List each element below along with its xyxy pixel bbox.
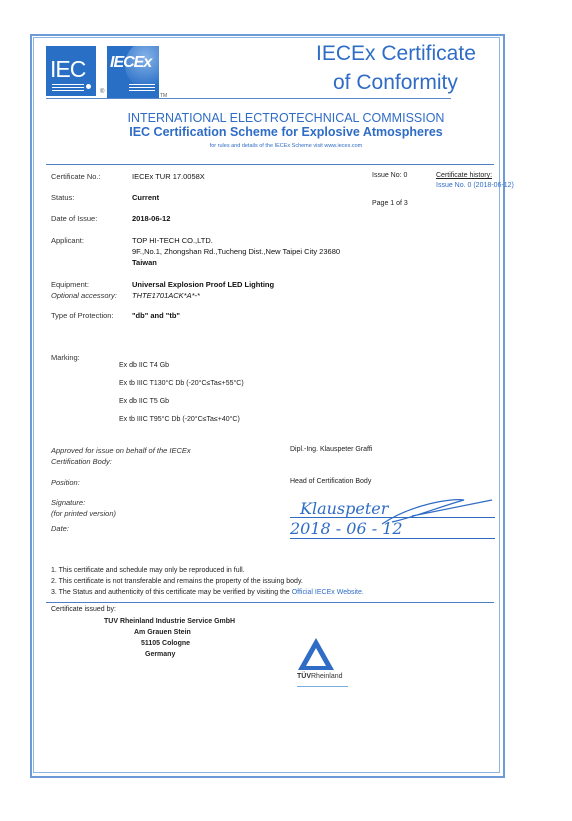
date-of-issue: 2018-06-12 — [132, 214, 170, 223]
optional-accessory-label: Optional accessory: — [51, 291, 117, 300]
certificate-number: IECEx TUR 17.0058X — [132, 172, 205, 181]
organization-name: INTERNATIONAL ELECTROTECHNICAL COMMISSIO… — [0, 111, 572, 125]
tuv-underline — [297, 686, 348, 687]
applicant-address: 9F.,No.1, Zhongshan Rd.,Tucheng Dist.,Ne… — [132, 247, 340, 256]
iec-logo-line — [52, 90, 84, 91]
certificate-title: IECEx Certificate — [316, 42, 476, 66]
equipment-value: Universal Explosion Proof LED Lighting — [132, 280, 274, 289]
marking-item: Ex db IIC T4 Gb — [119, 362, 169, 369]
issue-number: Issue No: 0 — [372, 172, 407, 179]
marking-item: Ex tb IIIC T130°C Db (-20°C≤Ta≤+55°C) — [119, 380, 244, 387]
issued-by-label: Certificate issued by: — [51, 606, 116, 613]
applicant-label: Applicant: — [51, 236, 84, 245]
page-indicator: Page 1 of 3 — [372, 200, 408, 207]
note-1: 1. This certificate and schedule may onl… — [51, 567, 245, 574]
scheme-info: for rules and details of the IECEx Schem… — [0, 143, 572, 149]
equipment-label: Equipment: — [51, 280, 89, 289]
iecex-logo-line — [129, 90, 155, 91]
iecex-logo: IECEx — [107, 46, 159, 98]
certificate-history-label: Certificate history: — [436, 172, 492, 179]
status-value: Current — [132, 193, 159, 202]
iec-logo-line — [52, 84, 84, 85]
issuer-city: 51105 Cologne — [141, 640, 190, 647]
position-value: Head of Certification Body — [290, 478, 371, 485]
certificate-title-line2: of Conformity — [333, 71, 458, 95]
iec-logo-text: IEC — [50, 56, 85, 83]
signature-sublabel: (for printed version) — [51, 509, 116, 518]
note-3: 3. The Status and authenticity of this c… — [51, 589, 364, 596]
approved-label: Approved for issue on behalf of the IECE… — [51, 446, 191, 455]
approved-label-2: Certification Body: — [51, 457, 112, 466]
approver-name: Dipl.-Ing. Klauspeter Graffi — [290, 446, 372, 453]
official-iecex-website-link[interactable]: Official IECEx Website. — [292, 589, 364, 596]
iecex-logo-line — [129, 87, 155, 88]
signature-label: Signature: — [51, 498, 85, 507]
iec-logo: IEC — [46, 46, 96, 96]
signature-line — [290, 517, 495, 518]
iecex-logo-text: IECEx — [110, 54, 151, 72]
date-of-issue-label: Date of Issue: — [51, 214, 97, 223]
iecex-logo-line — [129, 84, 155, 85]
date-line — [290, 538, 495, 539]
marking-item: Ex db IIC T5 Gb — [119, 398, 169, 405]
issuer-name: TUV Rheinland Industrie Service GmbH — [104, 618, 235, 625]
optional-accessory-value: THTE1701ACK*A*-* — [132, 291, 200, 300]
note-2: 2. This certificate is not transferable … — [51, 578, 303, 585]
divider — [46, 98, 451, 99]
iec-logo-dot — [86, 84, 91, 89]
applicant-name: TOP HI-TECH CO.,LTD. — [132, 236, 213, 245]
type-of-protection-value: "db" and "tb" — [132, 311, 180, 320]
issuer-country: Germany — [145, 651, 175, 658]
certificate-number-label: Certificate No.: — [51, 172, 101, 181]
registered-mark: ® — [100, 89, 104, 95]
divider — [46, 164, 494, 165]
tuv-rheinland-wordmark: TÜVRheinland — [297, 673, 343, 680]
note-3-text: 3. The Status and authenticity of this c… — [51, 589, 292, 596]
issuer-street: Am Grauen Stein — [134, 629, 191, 636]
status-label: Status: — [51, 193, 74, 202]
type-of-protection-label: Type of Protection: — [51, 311, 114, 320]
applicant-country: Taiwan — [132, 258, 157, 267]
divider — [46, 602, 494, 603]
date-label: Date: — [51, 524, 69, 533]
rheinland-text: Rheinland — [311, 673, 343, 680]
marking-item: Ex tb IIIC T95°C Db (-20°C≤Ta≤+40°C) — [119, 416, 240, 423]
iec-logo-line — [52, 87, 84, 88]
handwritten-date: 2018 - 06 - 12 — [290, 519, 403, 538]
position-label: Position: — [51, 478, 80, 487]
certificate-history-link[interactable]: Issue No. 0 (2018-06-12) — [436, 182, 514, 189]
scheme-name: IEC Certification Scheme for Explosive A… — [0, 125, 572, 139]
tuv-text: TÜV — [297, 673, 311, 680]
marking-label: Marking: — [51, 353, 80, 362]
